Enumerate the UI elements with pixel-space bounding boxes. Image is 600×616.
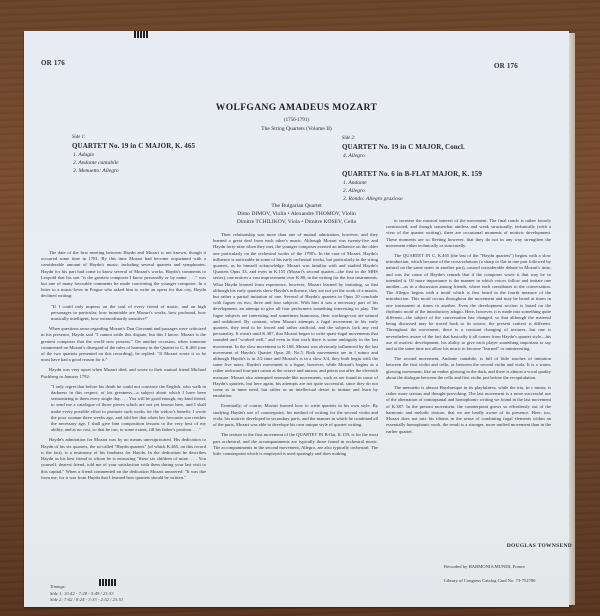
side-1-program: Side 1: QUARTET No. 19 in C MAJOR, K. 46… [72, 134, 195, 175]
side-2-quartet-a: QUARTET No. 19 in C MAJOR, Concl. [342, 142, 482, 152]
library-of-congress-number: Library of Congress Catalog Card No. 73-… [444, 578, 535, 583]
paragraph: The texture to the first movement of the… [213, 432, 378, 457]
composer-title: WOLFGANG AMADEUS MOZART [24, 103, 569, 113]
movement: 1. Andante [342, 179, 482, 187]
album-subtitle: The String Quartets (Volume II) [24, 126, 569, 132]
composer-lifespan: (1756-1791) [24, 118, 569, 123]
movement: 4. Allegro [342, 152, 482, 160]
performers-line-1: Dimo DIMOV, Violin • Alexandre THOMOV, V… [24, 210, 569, 218]
record-sleeve-back: OR 176 OR 176 WOLFGANG AMADEUS MOZART (1… [24, 31, 569, 607]
timings-side-2: Side 2: 7:02 / 8:24 - 3:33 - 2:52 / 23:5… [50, 597, 123, 604]
ensemble-name: The Bulgarian Quartet [24, 202, 569, 210]
timings: Timings: Side 1: 10:42 - 7:28 - 5:49 / 2… [50, 584, 123, 604]
movement: 2. Andante cantabile [72, 159, 195, 167]
paragraph: The date of the first meeting between Ha… [41, 250, 206, 300]
paragraph: The QUARTET IN C, K.465 (the last of the… [386, 253, 551, 352]
quotation: "I only regret that before his death he … [51, 384, 206, 434]
side-2-label: Side 2: [342, 135, 482, 142]
paragraph: Haydn's admiration for Mozart was by no … [41, 437, 206, 480]
paragraph: The menuetto is almost Haydnesque in its… [386, 385, 551, 435]
notes-author: DOUGLAS TOWNSEND [427, 543, 572, 549]
quotation: "If I could only impress on the soul of … [51, 304, 206, 323]
paragraph: Their relationship was more than one of … [213, 232, 378, 399]
top-notch-marks [134, 31, 148, 38]
paragraph: When questions arose regarding Mozart's … [41, 326, 206, 363]
movement: 3. Menuetto: Allegro [72, 167, 195, 175]
paragraph: to increase the musical interest of the … [386, 218, 551, 249]
liner-notes-column-3: to increase the musical interest of the … [386, 218, 551, 439]
catalog-number-left: OR 176 [41, 59, 65, 67]
recording-credit: Recorded by HARMONIA MUNDI, France [444, 564, 525, 569]
movement: 2. Allegro [342, 187, 482, 195]
side-2-quartet-b: QUARTET No. 6 in B-FLAT MAJOR, K. 159 [342, 169, 482, 179]
catalog-number-right: OR 176 [494, 62, 518, 70]
paragraph: The second movement, Andante cantabile, … [386, 356, 551, 381]
liner-notes-column-1: The date of the first meeting between Ha… [41, 250, 206, 485]
paragraph: Eventually, of course, Mozart learned ho… [213, 403, 378, 428]
side-1-quartet: QUARTET No. 19 in C MAJOR, K. 465 [72, 141, 195, 151]
paragraph: Haydn was very upset when Mozart died, a… [41, 367, 206, 379]
side-1-label: Side 1: [72, 134, 195, 141]
side-2-program: Side 2: QUARTET No. 19 in C MAJOR, Concl… [342, 135, 482, 203]
sleeve-edge [569, 33, 575, 605]
liner-notes-column-2: Their relationship was more than one of … [213, 232, 378, 461]
movement: 1. Adagio [72, 151, 195, 159]
